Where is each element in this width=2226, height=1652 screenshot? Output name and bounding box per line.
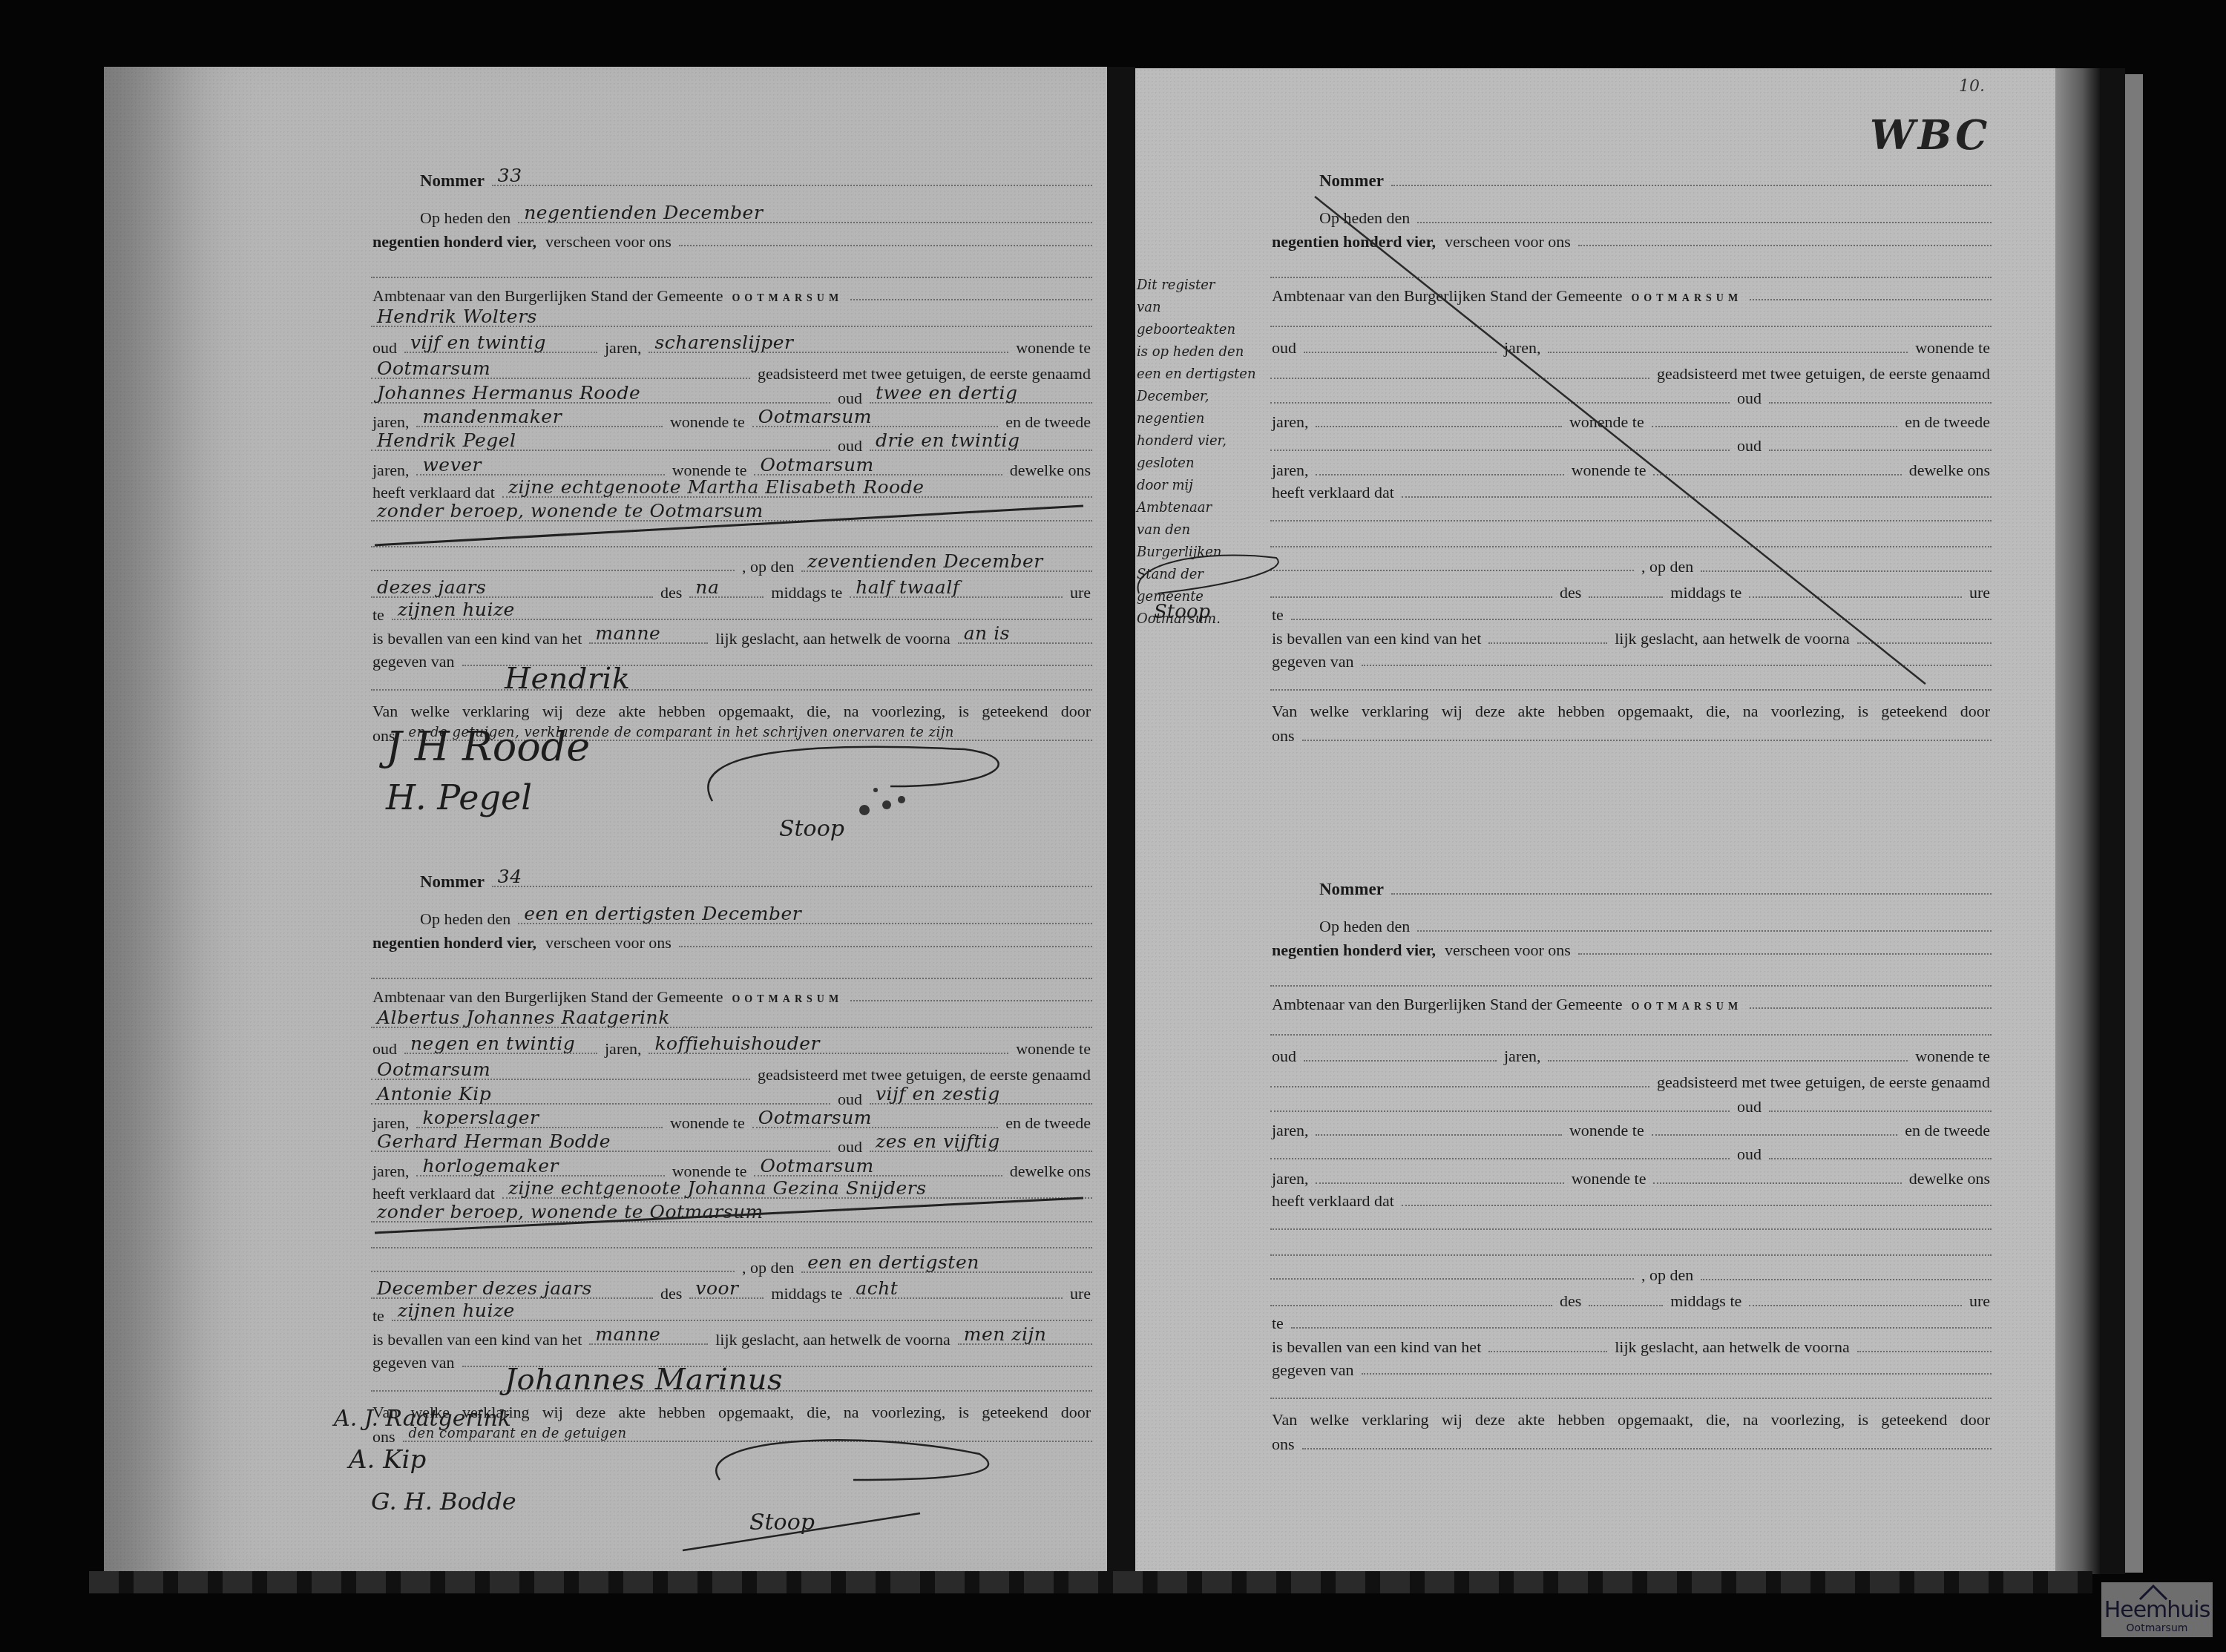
birth-date-field: een en dertigsten [801,1252,1092,1273]
witness1-row: oud [1267,1093,1994,1115]
closing-note-line: van geboorteakten [1137,297,1263,341]
witness2-name-field: Gerhard Herman Bodde [371,1131,830,1152]
occupation-field: scharenslijper [649,332,1008,353]
witness2-name-field [1270,1139,1730,1159]
birth-date2-value: December dezes jaars [377,1279,592,1297]
oud-label: oud [1267,1048,1301,1064]
sex-value: manne [595,624,660,642]
child-name-row [1267,1380,1994,1402]
birth-date-row: , op den [1267,1261,1994,1283]
date-field: negentienden December [518,203,1092,223]
oud-label: oud [1733,1099,1766,1115]
tweede-label: en de tweede [1001,414,1095,430]
nommer-field [1391,165,1992,186]
place-row: te [1267,1309,1994,1332]
geslacht-label: lijk geslacht, aan hetwelk de voorna [1610,631,1854,647]
middags-label: middags te [1666,1293,1746,1309]
witness1-age: vijf en zestig [876,1085,1000,1103]
age-row: oudjaren,wonende te [1267,334,1994,356]
age-field [1304,332,1497,353]
bevallen-label: is bevallen van een kind van het [368,1332,586,1348]
gegeven-label: gegeven van [1267,1362,1359,1378]
blank-row [1267,529,1994,551]
birth-date2-value: dezes jaars [377,578,486,596]
birth-date-row: , op den [1267,553,1994,575]
oud-label: oud [833,1139,867,1155]
gemeente-label: OOTMARSUM [727,995,847,1005]
jaren-label: jaren, [1267,1171,1313,1187]
signature-witness1-34: A. Kip [349,1445,426,1475]
name-suffix-field: men zijn [958,1324,1092,1345]
heemhuis-logo: Heemhuis Ootmarsum [2101,1582,2213,1637]
witness1-residence: Ootmarsum [758,407,872,426]
birth-date-field [1701,1260,1992,1280]
declaration2-row: zonder beroep, wonende te Ootmarsum [368,502,1095,524]
verscheen-label: verscheen voor ons [541,234,676,250]
official-field [1270,1015,1992,1036]
wonende-label: wonende te [1567,1171,1651,1187]
geadsisteerd-label: geadsisteerd met twee getuigen, de eerst… [753,366,1095,382]
witness1-name-field [1270,383,1730,404]
des-label: des [1555,1293,1586,1309]
witness1-residence: Ootmarsum [758,1108,872,1127]
witness2-occupation-field [1316,1163,1563,1184]
jaren-label: jaren, [368,1163,413,1179]
verscheen-label: verscheen voor ons [1440,942,1575,958]
nommer-value: 33 [498,166,522,185]
birth-date2-field: dezes jaars [371,577,653,598]
place-value: zijnen huize [398,600,515,619]
des-value: voor [695,1279,738,1297]
year-row: negentien honderd vier,verscheen voor on… [368,929,1095,951]
ambtenaar-label: Ambtenaar van den Burgerlijken Stand der… [1267,996,1626,1013]
dewelke-label: dewelke ons [1905,1171,1994,1187]
op-den-label: , op den [738,559,798,575]
place-value: zijnen huize [398,1301,515,1320]
jaren-label: jaren, [368,462,413,478]
declaration2-value: zonder beroep, wonende te Ootmarsum [377,501,764,520]
jaren-label: jaren, [600,340,646,356]
declaration2-row: zonder beroep, wonende te Ootmarsum [368,1203,1095,1225]
declaration-field [1402,477,1992,498]
birth-date-row: , op deneen en dertigsten [368,1254,1095,1276]
year-label: negentien honderd vier, [1267,234,1440,250]
van-welke-label: Van welke verklaring wij deze akte hebbe… [368,703,1095,720]
dewelke-label: dewelke ons [1905,462,1994,478]
witness1-name-field: Johannes Hermanus Roode [371,383,830,404]
sex-field [1488,1332,1607,1352]
ambtenaar-row: Ambtenaar van den Burgerlijken Stand der… [1267,282,1994,304]
wbc-stamp: WBC [1870,111,1990,159]
signed-by-row: ons [1267,722,1994,744]
declaration2-field: zonder beroep, wonende te Ootmarsum [371,1202,1092,1222]
op-heden-label: Op heden den [368,210,515,226]
jaren-label: jaren, [1500,1048,1545,1064]
occupation-field [1548,1041,1908,1062]
jaren-label: jaren, [368,414,413,430]
wonende-label: wonende te [1011,1041,1095,1057]
place-row: tezijnen huize [368,1302,1095,1324]
witness1-occupation: mandenmaker [422,407,562,426]
witness2-age: drie en twintig [876,431,1020,450]
wonende-label: wonende te [1911,340,1994,356]
witness2-row: oud [1267,1140,1994,1162]
witness1-residence-field: Ootmarsum [752,407,998,427]
ure-label: ure [1965,1293,1994,1309]
blank-row [1267,968,1994,990]
register-closing-note: Dit registervan geboorteaktenis op heden… [1137,274,1263,631]
ons-label: ons [1267,728,1299,744]
verscheen-label: verscheen voor ons [541,935,676,951]
birth-time-row: desmiddags teure [1267,1287,1994,1309]
witness2-row: Gerhard Herman Boddeoudzes en vijftig [368,1133,1095,1155]
gegeven-label: gegeven van [368,654,459,670]
ambtenaar-label: Ambtenaar van den Burgerlijken Stand der… [368,288,727,304]
birth-date2-field: December dezes jaars [371,1278,653,1299]
time-field [1749,1286,1962,1306]
des-label: des [1555,585,1586,601]
signature-official-33: Stoop [779,816,844,842]
place-field [1291,1308,1992,1329]
date-field [1417,911,1992,932]
witness1-name: Johannes Hermanus Roode [377,384,640,402]
jaren-label: jaren, [1267,462,1313,478]
wonende-label: wonende te [1565,414,1649,430]
sex-field: manne [589,623,708,644]
oud-label: oud [833,1091,867,1108]
witness2-name: Hendrik Pegel [377,431,516,450]
year-label: negentien honderd vier, [368,935,541,951]
birth-date2-field [1270,1286,1552,1306]
declaration-value: zijne echtgenoote Johanna Gezina Snijder… [508,1179,927,1197]
declaration2-row [1267,1211,1994,1233]
age-value: negen en twintig [410,1034,575,1053]
time-value: half twaalf [856,578,959,596]
nommer-row: Nommer34 [368,868,1095,890]
declaration-row: heeft verklaard dat [1267,1187,1994,1209]
witness1-occupation-field: mandenmaker [416,407,662,427]
witness1-residence-field [1652,407,1897,427]
child-name: Hendrik [505,664,631,694]
time-field [1749,577,1962,598]
nommer-label: Nommer [1267,172,1388,189]
place-field: zijnen huize [392,1300,1092,1321]
time-field: acht [850,1278,1063,1299]
child-name: Johannes Marinus [505,1365,783,1395]
occupation-field [1548,332,1908,353]
child-name-row: Johannes Marinus [368,1372,1095,1395]
witness1-name-field: Antonie Kip [371,1084,830,1105]
folio-number: 10. [1959,77,1985,96]
official-row [1267,1016,1994,1039]
van-welke-label: Van welke verklaring wij deze akte hebbe… [1267,703,1994,720]
year-row: negentien honderd vier,verscheen voor on… [1267,228,1994,250]
des-value: na [695,578,719,596]
witness2-residence: Ootmarsum [760,455,873,474]
witness2-occupation-field: wever [416,455,664,475]
declaration-row: heeft verklaard datzijne echtgenoote Mar… [368,478,1095,501]
blank-row [368,1230,1095,1252]
name-suffix-field: an is [958,623,1092,644]
witness2-name-field [1270,430,1730,451]
witness1-detail-row: jaren,koperslagerwonende teOotmarsumen d… [368,1109,1095,1131]
jaren-label: jaren, [1267,1122,1313,1139]
signature-official-34: Stoop [749,1510,815,1536]
signature-witness2-33: H. Pegel [386,777,532,817]
te-label: te [1267,607,1288,623]
witness1-detail-row: jaren,wonende teen de tweede [1267,1116,1994,1139]
date-field: een en dertigsten December [518,904,1092,924]
witness1-name-field [1270,1091,1730,1112]
date-row: Op heden dennegentienden December [368,204,1095,226]
signature-witness1-33: J H Roode [386,723,590,770]
birth-date-field [1701,551,1992,572]
witness2-detail-row: jaren,wonende tedewelke ons [1267,1165,1994,1187]
sex-row: is bevallen van een kind van hetmannelij… [368,625,1095,647]
ons-label: ons [1267,1436,1299,1452]
wonende-label: wonende te [666,1115,749,1131]
official-name: Hendrik Wolters [377,307,537,326]
jaren-label: jaren, [600,1041,646,1057]
date-field [1417,203,1992,223]
verklaard-label: heeft verklaard dat [368,1185,499,1202]
blank-row [1267,260,1994,282]
signed-by-row: ons [1267,1430,1994,1452]
page-edge-light [2125,74,2143,1573]
child-name-row: Hendrik [368,671,1095,694]
occupation-value: koffiehuishouder [654,1034,820,1053]
official-row [1267,308,1994,330]
closing-note-line: door mij Ambtenaar [1137,475,1263,519]
birth-time-row: dezes jaarsdesnamiddags tehalf twaalfure [368,579,1095,601]
blank-row [368,961,1095,983]
age-row: oudjaren,wonende te [1267,1042,1994,1064]
ure-label: ure [1965,585,1994,601]
date-row: Op heden den [1267,912,1994,935]
child-name-field [1270,1378,1992,1399]
signature-witness2-34: G. H. Bodde [371,1487,516,1516]
official-field: Albertus Johannes Raatgerink [371,1007,1092,1028]
oud-label: oud [1733,438,1766,454]
sex-value: manne [595,1325,660,1343]
geadsisteerd-label: geadsisteerd met twee getuigen, de eerst… [1652,1074,1994,1090]
time-field: half twaalf [850,577,1063,598]
witness2-name: Gerhard Herman Bodde [377,1132,611,1151]
oud-label: oud [1733,390,1766,407]
gemeente-label: OOTMARSUM [727,294,847,304]
gegeven-row: gegeven van [1267,1356,1994,1378]
dewelke-label: dewelke ons [1005,462,1095,478]
nommer-value: 34 [498,867,522,886]
nommer-field [1391,874,1992,895]
witness2-occupation-field: horlogemaker [416,1156,664,1177]
year-label: negentien honderd vier, [1267,942,1440,958]
closing-note-line: is op heden den [1137,341,1263,363]
witness2-residence-field: Ootmarsum [754,1156,1002,1177]
blank-row [368,260,1095,282]
child-name-field: Hendrik [371,670,1092,691]
child-name-field [1270,670,1992,691]
te-label: te [368,1308,389,1324]
wonende-label: wonende te [1911,1048,1994,1064]
official-row: Hendrik Wolters [368,308,1095,330]
ure-label: ure [1066,585,1095,601]
witness2-age-field: zes en vijftig [870,1131,1092,1152]
witness1-residence-field [1652,1115,1897,1136]
oud-label: oud [833,438,867,454]
gegeven-label: gegeven van [1267,654,1359,670]
wonende-label: wonende te [1011,340,1095,356]
bevallen-label: is bevallen van een kind van het [1267,1339,1485,1355]
op-den-label: , op den [738,1260,798,1276]
place-row: te [1267,601,1994,623]
ambtenaar-label: Ambtenaar van den Burgerlijken Stand der… [1267,288,1626,304]
witness1-row: oud [1267,384,1994,407]
birth-time-row: December dezes jaarsdesvoormiddags teach… [368,1280,1095,1302]
witness1-age-field: twee en dertig [870,383,1092,404]
nommer-row: Nommer33 [368,167,1095,189]
witness2-name-field: Hendrik Pegel [371,430,830,451]
bevallen-label: is bevallen van een kind van het [368,631,586,647]
logo-name: Heemhuis [2101,1597,2213,1623]
ure-label: ure [1066,1286,1095,1302]
sex-row: is bevallen van een kind van hetlijk ges… [1267,625,1994,647]
tweede-label: en de tweede [1001,1115,1095,1131]
middags-label: middags te [1666,585,1746,601]
des-field [1589,1286,1663,1306]
oud-label: oud [368,1041,401,1057]
declaration2-field [1270,501,1992,521]
age-field: negen en twintig [404,1033,597,1054]
witness1-row: Antonie Kipoudvijf en zestig [368,1085,1095,1108]
name-suffix-field [1857,623,1992,644]
witness1-occupation-field [1316,1115,1561,1136]
geslacht-label: lijk geslacht, aan hetwelk de voorna [1610,1339,1854,1355]
residence-row: Ootmarsumgeadsisteerd met twee getuigen,… [368,360,1095,382]
op-heden-label: Op heden den [1267,918,1414,935]
gemeente-label: OOTMARSUM [1626,294,1747,304]
name-suffix: men zijn [964,1325,1047,1343]
ambtenaar-row: Ambtenaar van den Burgerlijken Stand der… [1267,990,1994,1013]
oud-label: oud [368,340,401,356]
occupation-field: koffiehuishouder [649,1033,1008,1054]
gegeven-row: gegeven van [368,648,1095,670]
nommer-label: Nommer [368,172,489,189]
middags-label: middags te [766,585,847,601]
page-edge-shadow [2055,68,2100,1574]
age-row: oudnegen en twintigjaren,koffiehuishoude… [368,1035,1095,1057]
witness1-detail-row: jaren,wonende teen de tweede [1267,408,1994,430]
sex-row: is bevallen van een kind van hetmannelij… [368,1326,1095,1348]
geslacht-label: lijk geslacht, aan hetwelk de voorna [711,631,954,647]
des-field: voor [689,1278,764,1299]
des-label: des [656,1286,686,1302]
age-row: oudvijf en twintigjaren,scharenslijperwo… [368,334,1095,356]
place-field: zijnen huize [392,599,1092,620]
residence-value: Ootmarsum [377,1060,490,1079]
declaration-field [1402,1185,1992,1206]
declaration-row: heeft verklaard dat [1267,478,1994,501]
van-welke-label: Van welke verklaring wij deze akte hebbe… [1267,1412,1994,1428]
signature-father-34: A. J. Raatgerink [334,1406,511,1432]
oud-label: oud [833,390,867,407]
middags-label: middags te [766,1286,847,1302]
jaren-label: jaren, [1267,414,1313,430]
age-value: vijf en twintig [410,333,546,352]
witness2-occupation: horlogemaker [422,1156,558,1175]
witness1-occupation-field: koperslager [416,1108,662,1128]
witness1-occupation-field [1316,407,1561,427]
witness2-residence: Ootmarsum [760,1156,873,1175]
birth-date-value: zeventienden December [807,552,1043,570]
residence-field: Ootmarsum [371,1059,750,1080]
witness2-row: Hendrik Pegelouddrie en twintig [368,432,1095,454]
birth-date2-field [1270,577,1552,598]
sex-row: is bevallen van een kind van hetlijk ges… [1267,1333,1994,1355]
witness1-row: Johannes Hermanus Roodeoudtwee en dertig [368,384,1095,407]
witness1-residence-field: Ootmarsum [752,1108,998,1128]
wonende-label: wonende te [1567,462,1651,478]
nommer-row: Nommer [1267,167,1994,189]
child-name-row [1267,671,1994,694]
signed-by-field [1302,720,1992,741]
op-heden-label: Op heden den [368,911,515,927]
op-heden-label: Op heden den [1267,210,1414,226]
closing-note-line: December, negentien [1137,386,1263,430]
verklaard-label: heeft verklaard dat [1267,1193,1399,1209]
declaration2-value: zonder beroep, wonende te Ootmarsum [377,1202,764,1221]
des-field: na [689,577,764,598]
witness2-residence-field [1653,1163,1901,1184]
residence-field [1270,1067,1649,1087]
signed-by-field [1302,1429,1992,1449]
witness2-age-field [1769,430,1992,451]
year-row: negentien honderd vier,verscheen voor on… [368,228,1095,250]
residence-row: geadsisteerd met twee getuigen, de eerst… [1267,360,1994,382]
witness1-age-field [1769,383,1992,404]
witness2-residence-field: Ootmarsum [754,455,1002,475]
birth-date-value: een en dertigsten [807,1253,979,1271]
witness2-occupation-field [1316,455,1563,475]
closing-signature: Stoop [1154,601,1210,623]
date-row: Op heden deneen en dertigsten December [368,905,1095,927]
declaration-field: zijne echtgenoote Johanna Gezina Snijder… [502,1178,1092,1199]
witness2-occupation: wever [422,455,482,474]
witness2-age: zes en vijftig [876,1132,1000,1151]
geslacht-label: lijk geslacht, aan hetwelk de voorna [711,1332,954,1348]
te-label: te [368,607,389,623]
name-suffix-field [1857,1332,1992,1352]
page-edge-dark [2100,68,2125,1574]
ambtenaar-row: Ambtenaar van den Burgerlijken Stand der… [368,983,1095,1005]
verscheen-label: verscheen voor ons [1440,234,1575,250]
birth-date-field: zeventienden December [801,551,1092,572]
book-bottom-edge [89,1571,2092,1593]
nommer-label: Nommer [368,873,489,890]
declaration2-field [1270,1209,1992,1230]
age-field: vijf en twintig [404,332,597,353]
child-name-field: Johannes Marinus [371,1371,1092,1392]
verklaard-label: heeft verklaard dat [368,484,499,501]
van-welke-row: Van welke verklaring wij deze akte hebbe… [1267,697,1994,720]
bevallen-label: is bevallen van een kind van het [1267,631,1485,647]
birth-date-row: , op denzeventienden December [368,553,1095,575]
official-row: Albertus Johannes Raatgerink [368,1009,1095,1031]
ambtenaar-label: Ambtenaar van den Burgerlijken Stand der… [368,989,727,1005]
declaration2-row [1267,502,1994,524]
residence-field: Ootmarsum [371,358,750,379]
sex-field [1488,623,1607,644]
